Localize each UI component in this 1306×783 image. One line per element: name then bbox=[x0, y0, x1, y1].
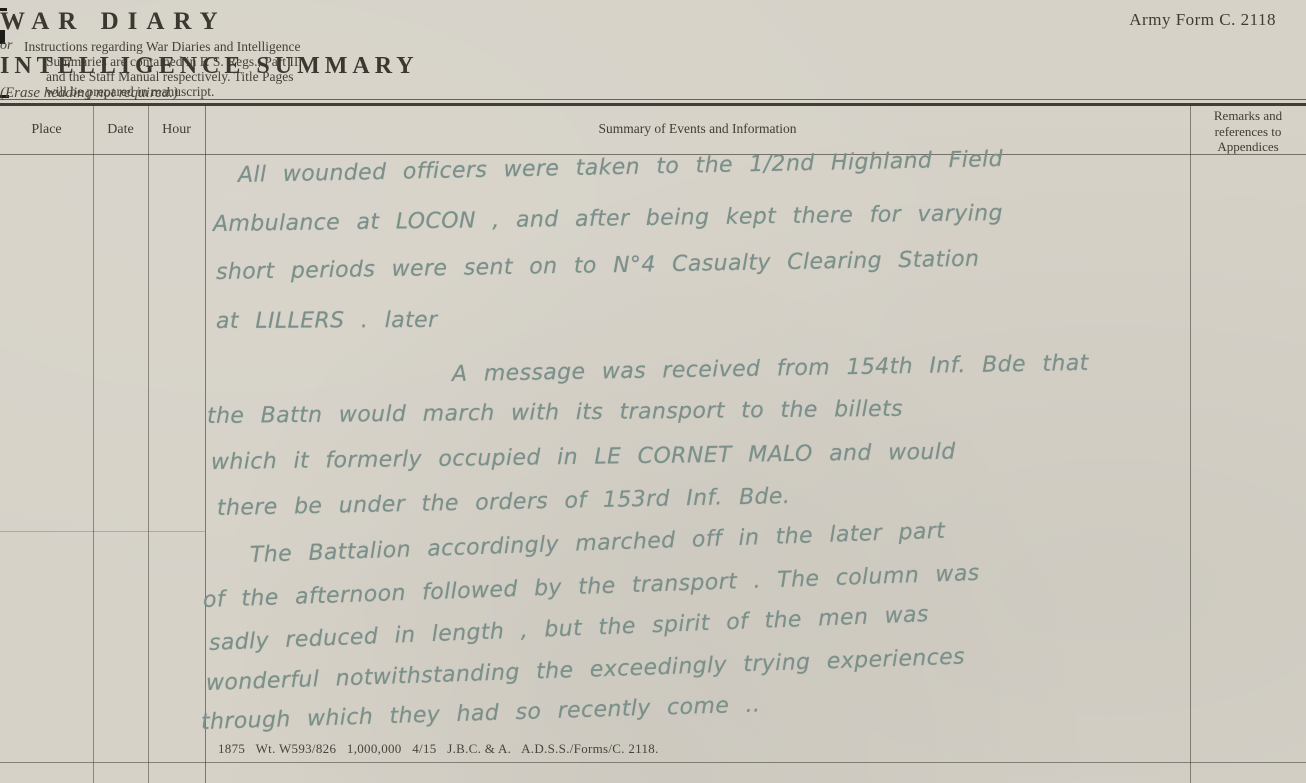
handwritten-line: through which they had so recently come … bbox=[201, 692, 761, 735]
column-divider-summary-remarks bbox=[1190, 104, 1191, 783]
war-diary-page: Instructions regarding War Diaries and I… bbox=[0, 0, 1306, 783]
column-header-hour: Hour bbox=[148, 122, 205, 138]
handwritten-line: the Battn would march with its transport… bbox=[207, 397, 903, 429]
column-header-summary: Summary of Events and Information bbox=[205, 121, 1190, 137]
form-title: WAR DIARY bbox=[0, 8, 1280, 36]
row-divider-rule bbox=[0, 531, 205, 532]
page-bottom-rule bbox=[0, 762, 1306, 763]
print-code-footer: 1875 Wt. W593/826 1,000,000 4/15 J.B.C. … bbox=[218, 741, 659, 757]
column-divider-date-hour bbox=[148, 104, 149, 783]
column-header-place: Place bbox=[0, 122, 93, 138]
handwritten-line: wonderful notwithstanding the exceedingl… bbox=[206, 645, 966, 696]
handwritten-line: sadly reduced in length , but the spirit… bbox=[208, 602, 929, 656]
form-title-or: or bbox=[0, 38, 1280, 54]
column-header-remarks: Remarks and references to Appendices bbox=[1192, 108, 1304, 155]
form-subtitle: INTELLIGENCE SUMMARY bbox=[0, 53, 1280, 80]
army-form-number: Army Form C. 2118 bbox=[1129, 10, 1276, 30]
handwritten-line: Ambulance at LOCON , and after being kep… bbox=[213, 201, 1003, 237]
header-rule-thick bbox=[0, 103, 1306, 106]
handwritten-line: short periods were sent on to N°4 Casual… bbox=[216, 247, 980, 285]
header-rule-thin bbox=[0, 99, 1306, 100]
handwritten-line: The Battalion accordingly marched off in… bbox=[250, 519, 946, 568]
column-header-date: Date bbox=[93, 122, 148, 138]
handwritten-line: A message was received from 154th Inf. B… bbox=[452, 351, 1089, 387]
handwritten-line: which it formerly occupied in LE CORNET … bbox=[211, 440, 956, 475]
handwritten-line: at LILLERS . later bbox=[216, 308, 438, 334]
handwritten-line: there be under the orders of 153rd Inf. … bbox=[217, 484, 791, 521]
column-divider-place-date bbox=[93, 104, 94, 783]
